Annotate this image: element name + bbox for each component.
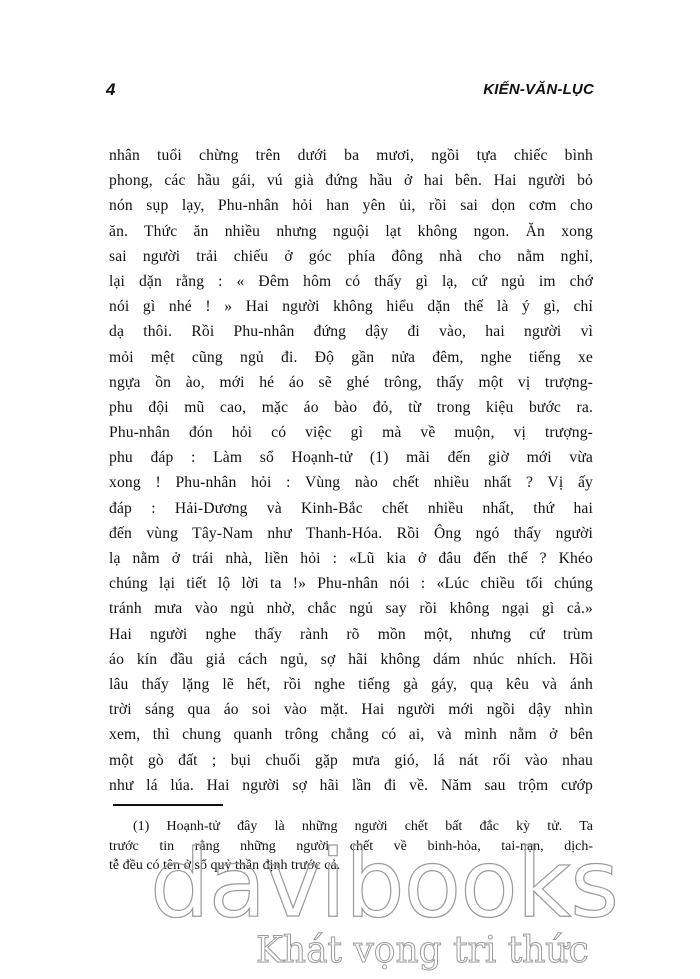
text-line: nói gì nhé ! » Hai người không hiểu dặn …	[109, 294, 593, 319]
text-line: phu đáp : Làm sổ Hoạnh-tử (1) mãi đến gi…	[109, 445, 593, 470]
text-line: đáp : Hải-Dương và Kinh-Bắc chết nhiều n…	[109, 496, 593, 521]
text-line: xong ! Phu-nhân hỏi : Vùng nào chết nhiề…	[109, 470, 593, 495]
text-line: sai người trải chiếu ở góc phía đông nhà…	[109, 244, 593, 269]
text-line: đến vùng Tây-Nam như Thanh-Hóa. Rồi Ông …	[109, 521, 593, 546]
text-line: ngựa ồn ào, mới hé áo sẽ ghé trông, thấy…	[109, 370, 593, 395]
footnote-divider	[113, 804, 223, 806]
page-number: 4	[106, 80, 115, 100]
text-line: Hai người nghe thấy rành rõ mồn một, như…	[109, 622, 593, 647]
text-line: lâu thấy lặng lẽ hết, rồi nghe tiếng gà …	[109, 672, 593, 697]
text-line: nhân tuổi chừng trên dưới ba mươi, ngồi …	[109, 143, 593, 168]
text-line: một gò đất ; bụi chuối gặp mưa gió, lá n…	[109, 748, 593, 773]
watermark-logo: davibooks	[150, 838, 550, 932]
text-line: tránh mưa vào ngủ nhờ, chắc ngủ say rồi …	[109, 596, 593, 621]
text-line: phong, các hầu gái, vú già đứng hầu ở ha…	[109, 168, 593, 193]
text-line: nón sụp lạy, Phu-nhân hỏi han yên ủi, rồ…	[109, 193, 593, 218]
text-line: dạ thôi. Rồi Phu-nhân đứng dậy đi vào, h…	[109, 319, 593, 344]
watermark-slogan: Khát vọng tri thức	[256, 931, 589, 971]
book-page: 4 KIẾN-VĂN-LỤC nhân tuổi chừng trên dưới…	[0, 0, 700, 979]
text-line: ăn. Thức ăn nhiều nhưng nguội lạt không …	[109, 219, 593, 244]
text-line: Phu-nhân đón hỏi có việc gì mà về muộn, …	[109, 420, 593, 445]
text-line: như lá lúa. Hai người sợ hãi lần đi về. …	[109, 773, 593, 798]
text-line: phu đội mũ cao, mặc áo bào đỏ, từ trong …	[109, 395, 593, 420]
text-line: lạ nằm ở trái nhà, liền hỏi : «Lũ kia ở …	[109, 546, 593, 571]
text-line: áo kín đầu giả cách ngủ, sợ hãi không dá…	[109, 647, 593, 672]
text-line: xem, thì chung quanh trông chẳng có ai, …	[109, 722, 593, 747]
body-text: nhân tuổi chừng trên dưới ba mươi, ngồi …	[109, 143, 593, 798]
text-line: mỏi mệt cũng ngủ đi. Độ gần nửa đêm, ngh…	[109, 345, 593, 370]
text-line: chúng lại tiết lộ lời ta !» Phu-nhân nói…	[109, 571, 593, 596]
text-line: trời sáng qua áo soi vào mặt. Hai người …	[109, 697, 593, 722]
running-head: KIẾN-VĂN-LỤC	[483, 81, 594, 98]
text-line: lại dặn rằng : « Đêm hôm có thấy gì lạ, …	[109, 269, 593, 294]
